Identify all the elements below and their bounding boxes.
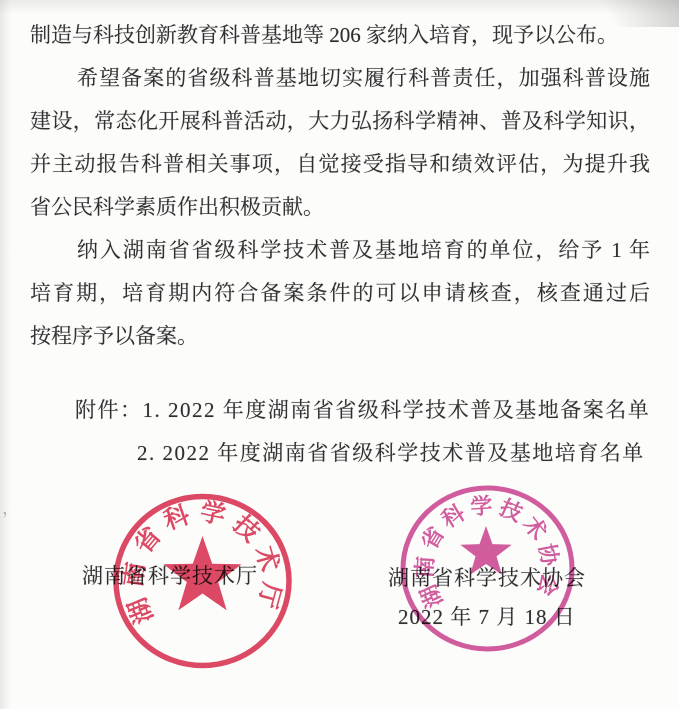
body-line-3: 建设，常态化开展科普活动，大力弘扬科学精神、普及科学知识， (30, 100, 650, 143)
body-line-7: 培育期，培育期内符合备案条件的可以申请核查，核查通过后 (30, 272, 650, 315)
body-line-6: 纳入湖南省省级科学技术普及基地培育的单位，给予 1 年 (30, 229, 650, 272)
star-icon (164, 536, 242, 610)
attachment-line-1: 附件：1. 2022 年度湖南省省级科学技术普及基地备案名单 (30, 389, 670, 432)
official-seal-right: 湖南省科学技术协会 (399, 484, 576, 653)
scan-speck: ， (2, 494, 20, 520)
official-seal-left-svg: 湖南省科学技术厅 (111, 492, 294, 671)
body-line-4: 并主动报告科普相关事项，自觉接受指导和绩效评估，为提升我 (30, 143, 650, 186)
body-line-1: 制造与科技创新教育科普基地等 206 家纳入培育，现予以公布。 (30, 14, 650, 57)
body-line-5: 省公民科学素质作出积极贡献。 (30, 186, 650, 229)
attachment-item-1: 1. 2022 年度湖南省省级科学技术普及基地备案名单 (143, 398, 651, 422)
body-line-2: 希望备案的省级科普基地切实履行科普责任，加强科普设施 (30, 57, 650, 100)
body-line-8: 按程序予以备案。 (30, 315, 650, 358)
star-icon (460, 526, 511, 575)
scan-shadow-left (0, 0, 11, 709)
official-seal-right-svg: 湖南省科学技术协会 (399, 484, 576, 653)
official-seal-left: 湖南省科学技术厅 (111, 492, 294, 671)
scanned-document-page: { "document": { "lines": [ { "text": "制造… (0, 0, 679, 709)
attachment-label: 附件： (75, 398, 143, 422)
attachment-line-2: 2. 2022 年度湖南省省级科学技术普及基地培育名单 (30, 432, 670, 475)
attachment-section: 附件：1. 2022 年度湖南省省级科学技术普及基地备案名单 2. 2022 年… (30, 389, 670, 475)
document-body: 制造与科技创新教育科普基地等 206 家纳入培育，现予以公布。 希望备案的省级科… (30, 0, 650, 358)
attachment-item-2: 2. 2022 年度湖南省省级科学技术普及基地培育名单 (137, 441, 645, 465)
